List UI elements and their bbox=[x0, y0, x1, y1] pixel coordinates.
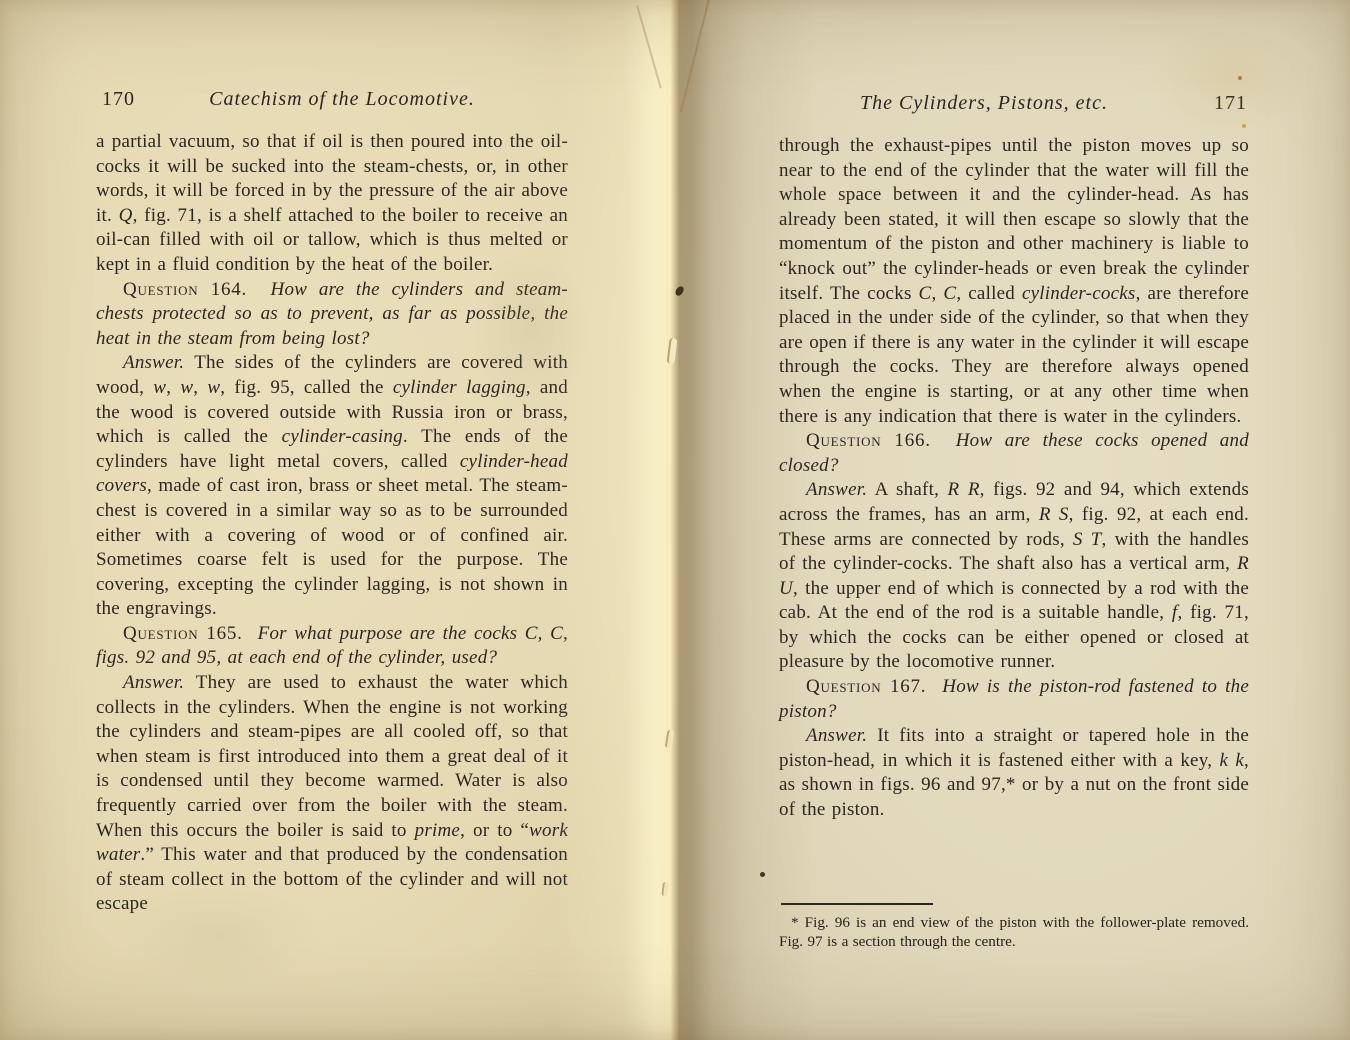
right-running-title: The Cylinders, Pistons, etc. bbox=[779, 92, 1249, 115]
question-paragraph: Question 166. How are these cocks opened… bbox=[779, 429, 1249, 478]
left-body-text: a partial vacuum, so that if oil is then… bbox=[96, 130, 568, 917]
right-page-number: 171 bbox=[1214, 92, 1247, 115]
question-label: Question 165. bbox=[123, 623, 243, 644]
question-paragraph: Question 165. For what purpose are the c… bbox=[96, 622, 568, 671]
answer-paragraph: Answer. It fits into a straight or taper… bbox=[779, 724, 1249, 822]
right-page-header: The Cylinders, Pistons, etc. 171 bbox=[779, 92, 1249, 126]
footnote-rule bbox=[781, 903, 933, 905]
left-page-text: 170 Catechism of the Locomotive. a parti… bbox=[96, 88, 568, 917]
question-label: Question 166. bbox=[806, 430, 931, 451]
question-paragraph: Question 167. How is the piston-rod fast… bbox=[779, 675, 1249, 724]
footnote-block: * Fig. 96 is an end view of the piston w… bbox=[779, 903, 1249, 951]
paragraph: a partial vacuum, so that if oil is then… bbox=[96, 130, 568, 278]
answer-paragraph: Answer. They are used to exhaust the wat… bbox=[96, 671, 568, 917]
left-page-header: 170 Catechism of the Locomotive. bbox=[96, 88, 568, 122]
question-label: Question 164. bbox=[123, 279, 247, 300]
right-body-text: through the exhaust-pipes until the pist… bbox=[779, 134, 1249, 823]
question-label: Question 167. bbox=[806, 676, 926, 697]
answer-paragraph: Answer. The sides of the cylinders are c… bbox=[96, 351, 568, 622]
footnote-text: * Fig. 96 is an end view of the piston w… bbox=[779, 913, 1249, 951]
question-paragraph: Question 164. How are the cylinders and … bbox=[96, 278, 568, 352]
left-running-title: Catechism of the Locomotive. bbox=[96, 88, 568, 111]
left-page-number: 170 bbox=[102, 88, 135, 111]
right-page-text: The Cylinders, Pistons, etc. 171 through… bbox=[779, 92, 1249, 823]
book-spread: 170 Catechism of the Locomotive. a parti… bbox=[0, 0, 1350, 1040]
answer-paragraph: Answer. A shaft, R R, figs. 92 and 94, w… bbox=[779, 478, 1249, 675]
paragraph: through the exhaust-pipes until the pist… bbox=[779, 134, 1249, 429]
